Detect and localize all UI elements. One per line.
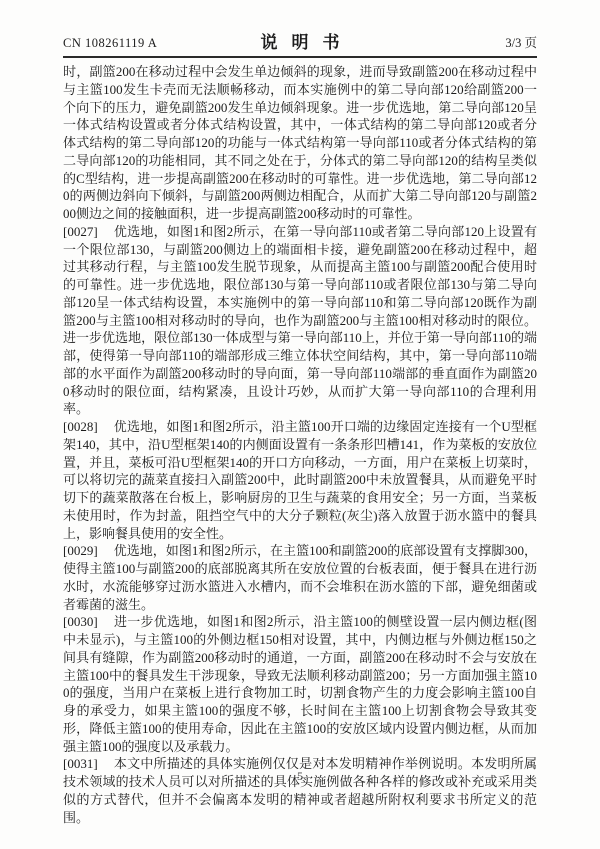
paragraph: [0030]进一步优选地，如图1和图2所示，沿主篮100的侧壁设置一层内侧边框(… xyxy=(63,613,537,755)
paragraph: [0027]优选地，如图1和图2所示，在第一导向部110或者第二导向部120上设… xyxy=(63,223,537,418)
paragraph-number: [0028] xyxy=(63,418,98,436)
paragraph-number: [0029] xyxy=(63,542,98,560)
page-header: CN 108261119 A 说明书 3/3 页 xyxy=(63,34,537,58)
page-indicator: 3/3 页 xyxy=(505,33,537,51)
document-section-title: 说明书 xyxy=(247,28,354,53)
paragraph: [0031]本文中所描述的具体实施例仅仅是对本发明精神作举例说明。本发明所属技术… xyxy=(63,755,537,826)
paragraph-text: 时，副篮200在移动过程中会发生单边倾斜的现象，进而导致副篮200在移动过程中与… xyxy=(63,64,537,221)
paragraph: [0028]优选地，如图1和图2所示，沿主篮100开口端的边缘固定连接有一个U型… xyxy=(63,418,537,542)
paragraph-number: [0030] xyxy=(63,613,98,631)
patent-specification-page: CN 108261119 A 说明书 3/3 页 时，副篮200在移动过程中会发… xyxy=(0,0,600,849)
paragraph-text: 优选地，如图1和图2所示，沿主篮100开口端的边缘固定连接有一个U型框架140，… xyxy=(63,419,537,541)
specification-body: 时，副篮200在移动过程中会发生单边倾斜的现象，进而导致副篮200在移动过程中与… xyxy=(63,63,537,826)
document-number: CN 108261119 A xyxy=(63,36,157,51)
paragraph: 时，副篮200在移动过程中会发生单边倾斜的现象，进而导致副篮200在移动过程中与… xyxy=(63,63,537,223)
paragraph-text: 进一步优选地，如图1和图2所示，沿主篮100的侧壁设置一层内侧边框(图中未显示)… xyxy=(63,614,537,753)
paragraph: [0029]优选地，如图1和图2所示，在主篮100和副篮200的底部设置有支撑脚… xyxy=(63,542,537,613)
page-number: 5 xyxy=(297,769,303,783)
page-footer: 5 xyxy=(0,769,600,784)
paragraph-text: 优选地，如图1和图2所示，在第一导向部110或者第二导向部120上设置有一个限位… xyxy=(63,224,537,417)
paragraph-number: [0027] xyxy=(63,223,98,241)
paragraph-text: 本文中所描述的具体实施例仅仅是对本发明精神作举例说明。本发明所属技术领域的技术人… xyxy=(63,756,537,824)
paragraph-text: 优选地，如图1和图2所示，在主篮100和副篮200的底部设置有支撑脚300，使得… xyxy=(63,543,537,611)
